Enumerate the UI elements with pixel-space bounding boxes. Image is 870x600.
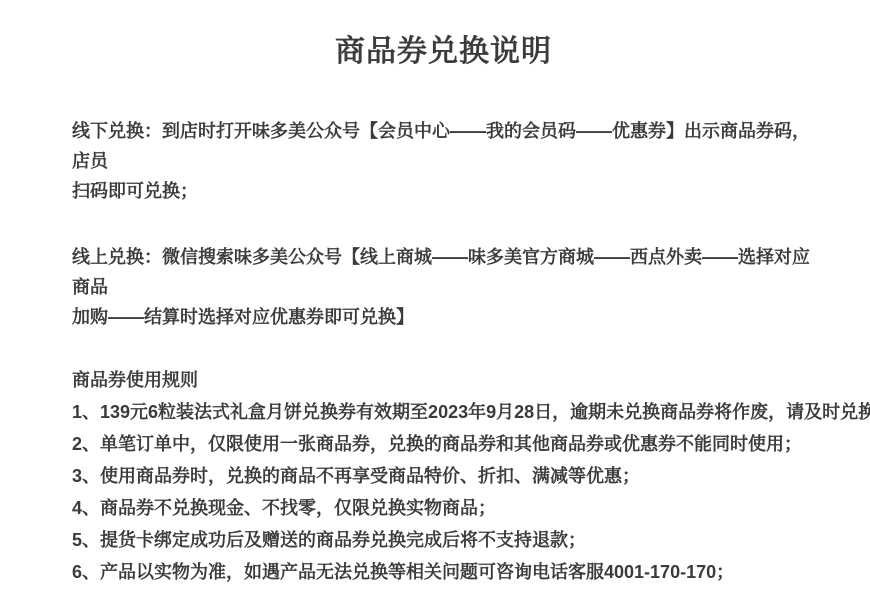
offline-redeem-line-2: 扫码即可兑换； [72,176,815,206]
online-redeem-paragraph: 线上兑换：微信搜索味多美公众号【线上商城——味多美官方商城——西点外卖——选择对… [72,242,815,332]
online-redeem-line-2: 加购——结算时选择对应优惠券即可兑换】 [72,302,815,332]
voucher-instructions-page: 商品券兑换说明 线下兑换：到店时打开味多美公众号【会员中心——我的会员码——优惠… [0,0,870,600]
rule-item-5: 5、提货卡绑定成功后及赠送的商品券兑换完成后将不支持退款； [72,524,815,556]
offline-redeem-paragraph: 线下兑换：到店时打开味多美公众号【会员中心——我的会员码——优惠券】出示商品券码… [72,116,815,206]
online-redeem-line-1: 线上兑换：微信搜索味多美公众号【线上商城——味多美官方商城——西点外卖——选择对… [72,242,815,302]
rule-item-2: 2、单笔订单中，仅限使用一张商品券，兑换的商品券和其他商品券或优惠券不能同时使用… [72,428,815,460]
page-title: 商品券兑换说明 [72,33,815,71]
usage-rules-section: 商品券使用规则 1、139元6粒装法式礼盒月饼兑换券有效期至2023年9月28日… [72,364,815,588]
rule-item-4: 4、商品券不兑换现金、不找零，仅限兑换实物商品； [72,492,815,524]
rule-item-1: 1、139元6粒装法式礼盒月饼兑换券有效期至2023年9月28日，逾期未兑换商品… [72,396,815,428]
rule-item-6: 6、产品以实物为准，如遇产品无法兑换等相关问题可咨询电话客服4001-170-1… [72,556,815,588]
usage-rules-heading: 商品券使用规则 [72,364,815,396]
offline-redeem-line-1: 线下兑换：到店时打开味多美公众号【会员中心——我的会员码——优惠券】出示商品券码… [72,116,815,176]
rule-item-3: 3、使用商品券时，兑换的商品不再享受商品特价、折扣、满减等优惠； [72,460,815,492]
